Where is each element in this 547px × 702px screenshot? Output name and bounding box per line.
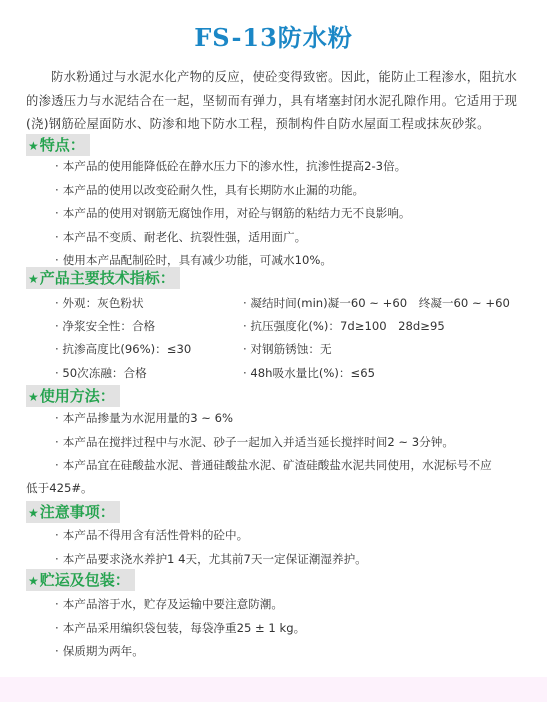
- list-item: ·本产品溶于水，贮存及运输中要注意防潮。: [55, 593, 535, 617]
- star-icon: ★: [28, 390, 39, 404]
- bullet-icon: ·: [55, 206, 59, 220]
- star-icon: ★: [28, 139, 39, 153]
- star-icon: ★: [28, 506, 39, 520]
- usage-list: ·本产品掺量为水泥用量的3 ~ 6% ·本产品在搅拌过程中与水泥、砂子一起加入并…: [55, 407, 535, 478]
- specs-grid: · 外观：灰色粉状 · 凝结时间(min)凝一60 ~ +60 终凝一60 ~ …: [55, 292, 525, 385]
- list-item: ·本产品不得用含有活性骨料的砼中。: [55, 524, 535, 548]
- bullet-icon: ·: [55, 597, 59, 611]
- bullet-icon: ·: [55, 183, 59, 197]
- section-heading-label: 贮运及包装：: [40, 571, 130, 589]
- section-heading-storage: ★贮运及包装：: [26, 569, 135, 591]
- bullet-icon: ·: [55, 159, 59, 173]
- spec-left: · 抗渗高度比(96%)：≤30: [55, 338, 191, 361]
- list-item: ·本产品的使用以改变砼耐久性，具有长期防水止漏的功能。: [55, 179, 535, 203]
- intro-paragraph: 防水粉通过与水泥水化产物的反应，使砼变得致密。因此，能防止工程渗水，阻抗水的渗透…: [26, 66, 526, 137]
- list-item: ·本产品宜在硅酸盐水泥、普通硅酸盐水泥、矿渣硅酸盐水泥共同使用，水泥标号不应: [55, 454, 535, 478]
- spec-left: · 净浆安全性：合格: [55, 315, 155, 338]
- intro-text: 防水粉通过与水泥水化产物的反应，使砼变得致密。因此，能防止工程渗水，阻抗水的渗透…: [26, 66, 526, 137]
- star-icon: ★: [28, 272, 39, 286]
- spec-row: · 外观：灰色粉状 · 凝结时间(min)凝一60 ~ +60 终凝一60 ~ …: [55, 292, 525, 315]
- list-item: ·本产品采用编织袋包装，每袋净重25 ± 1 kg。: [55, 617, 535, 641]
- storage-list: ·本产品溶于水，贮存及运输中要注意防潮。 ·本产品采用编织袋包装，每袋净重25 …: [55, 593, 535, 664]
- list-item: ·本产品掺量为水泥用量的3 ~ 6%: [55, 407, 535, 431]
- section-heading-usage: ★使用方法：: [26, 385, 120, 407]
- usage-continuation: 低于425#。: [26, 477, 93, 501]
- footer-band: [0, 677, 547, 702]
- bullet-icon: ·: [55, 458, 59, 472]
- bullet-icon: ·: [55, 253, 59, 267]
- bullet-icon: ·: [55, 621, 59, 635]
- features-list: ·本产品的使用能降低砼在静水压力下的渗水性，抗渗性提高2-3倍。 ·本产品的使用…: [55, 155, 535, 273]
- list-item: ·本产品要求浇水养护1 4天，尤其前7天一定保证潮湿养护。: [55, 548, 535, 572]
- section-heading-notes: ★注意事项：: [26, 501, 120, 523]
- spec-row: · 净浆安全性：合格 · 抗压强度化(%)：7d≥100 28d≥95: [55, 315, 525, 338]
- section-heading-label: 产品主要技术指标：: [40, 269, 175, 287]
- list-item: ·本产品的使用能降低砼在静水压力下的渗水性，抗渗性提高2-3倍。: [55, 155, 535, 179]
- bullet-icon: ·: [55, 230, 59, 244]
- spec-right: · 抗压强度化(%)：7d≥100 28d≥95: [243, 315, 445, 338]
- section-heading-specs: ★产品主要技术指标：: [26, 267, 180, 289]
- section-heading-features: ★特点：: [26, 134, 90, 156]
- spec-left: · 50次冻融：合格: [55, 362, 147, 385]
- spec-left: · 外观：灰色粉状: [55, 292, 144, 315]
- list-item: ·保质期为两年。: [55, 640, 535, 664]
- page-title: FS-13防水粉: [0, 18, 547, 53]
- section-heading-label: 注意事项：: [40, 503, 115, 521]
- spec-right: · 凝结时间(min)凝一60 ~ +60 终凝一60 ~ +60: [243, 292, 510, 315]
- list-item: ·本产品不变质、耐老化、抗裂性强，适用面广。: [55, 226, 535, 250]
- bullet-icon: ·: [55, 528, 59, 542]
- spec-row: · 抗渗高度比(96%)：≤30 · 对钢筋锈蚀：无: [55, 338, 525, 361]
- list-item: ·本产品在搅拌过程中与水泥、砂子一起加入并适当延长搅拌时间2 ~ 3分钟。: [55, 431, 535, 455]
- spec-row: · 50次冻融：合格 · 48h吸水量比(%)：≤65: [55, 362, 525, 385]
- spec-right: · 48h吸水量比(%)：≤65: [243, 362, 375, 385]
- section-heading-label: 使用方法：: [40, 387, 115, 405]
- bullet-icon: ·: [55, 644, 59, 658]
- section-heading-label: 特点：: [40, 136, 85, 154]
- bullet-icon: ·: [55, 552, 59, 566]
- spec-right: · 对钢筋锈蚀：无: [243, 338, 332, 361]
- notes-list: ·本产品不得用含有活性骨料的砼中。 ·本产品要求浇水养护1 4天，尤其前7天一定…: [55, 524, 535, 571]
- bullet-icon: ·: [55, 411, 59, 425]
- list-item: ·本产品的使用对钢筋无腐蚀作用，对砼与钢筋的粘结力无不良影响。: [55, 202, 535, 226]
- bullet-icon: ·: [55, 435, 59, 449]
- star-icon: ★: [28, 574, 39, 588]
